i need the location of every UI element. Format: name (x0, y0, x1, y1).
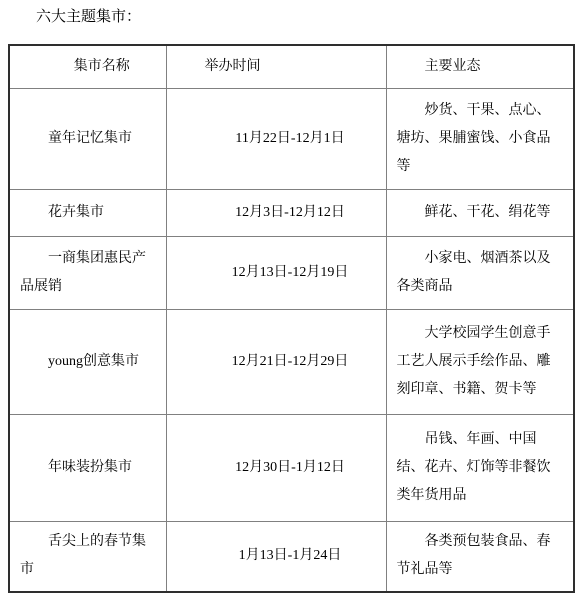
market-name-cell: 年味装扮集市 (9, 414, 166, 521)
table-row: 花卉集市 12月3日-12月12日 鲜花、干花、绢花等 (9, 189, 574, 236)
header-row: 集市名称 举办时间 主要业态 (9, 45, 574, 88)
table-header: 集市名称 举办时间 主要业态 (9, 45, 574, 88)
time-cell: 12月3日-12月12日 (166, 189, 386, 236)
business-cell: 炒货、干果、点心、塘坊、果脯蜜饯、小食品等 (386, 88, 574, 189)
table-row: young创意集市 12月21日-12月29日 大学校园学生创意手工艺人展示手绘… (9, 309, 574, 414)
table-row: 舌尖上的春节集市 1月13日-1月24日 各类预包装食品、春节礼品等 (9, 521, 574, 592)
column-header-business: 主要业态 (386, 45, 574, 88)
time-cell: 12月13日-12月19日 (166, 236, 386, 309)
market-name-cell: 花卉集市 (9, 189, 166, 236)
business-cell: 鲜花、干花、绢花等 (386, 189, 574, 236)
column-header-market-name: 集市名称 (9, 45, 166, 88)
market-name-cell: young创意集市 (9, 309, 166, 414)
business-cell: 吊钱、年画、中国结、花卉、灯饰等非餐饮类年货用品 (386, 414, 574, 521)
table-row: 年味装扮集市 12月30日-1月12日 吊钱、年画、中国结、花卉、灯饰等非餐饮类… (9, 414, 574, 521)
document-page: 六大主题集市： 集市名称 举办时间 主要业态 童年记忆集市 11月22日-12月… (0, 0, 583, 603)
time-cell: 1月13日-1月24日 (166, 521, 386, 592)
page-title: 六大主题集市： (8, 7, 141, 28)
table-body: 童年记忆集市 11月22日-12月1日 炒货、干果、点心、塘坊、果脯蜜饯、小食品… (9, 88, 574, 592)
market-name-cell: 一商集团惠民产品展销 (9, 236, 166, 309)
table-row: 童年记忆集市 11月22日-12月1日 炒货、干果、点心、塘坊、果脯蜜饯、小食品… (9, 88, 574, 189)
column-header-time: 举办时间 (166, 45, 386, 88)
table-row: 一商集团惠民产品展销 12月13日-12月19日 小家电、烟酒茶以及各类商品 (9, 236, 574, 309)
time-cell: 12月30日-1月12日 (166, 414, 386, 521)
market-name-cell: 舌尖上的春节集市 (9, 521, 166, 592)
market-name-cell: 童年记忆集市 (9, 88, 166, 189)
time-cell: 12月21日-12月29日 (166, 309, 386, 414)
time-cell: 11月22日-12月1日 (166, 88, 386, 189)
theme-markets-table: 集市名称 举办时间 主要业态 童年记忆集市 11月22日-12月1日 炒货、干果… (8, 44, 575, 593)
business-cell: 各类预包装食品、春节礼品等 (386, 521, 574, 592)
business-cell: 大学校园学生创意手工艺人展示手绘作品、雕刻印章、书籍、贺卡等 (386, 309, 574, 414)
business-cell: 小家电、烟酒茶以及各类商品 (386, 236, 574, 309)
